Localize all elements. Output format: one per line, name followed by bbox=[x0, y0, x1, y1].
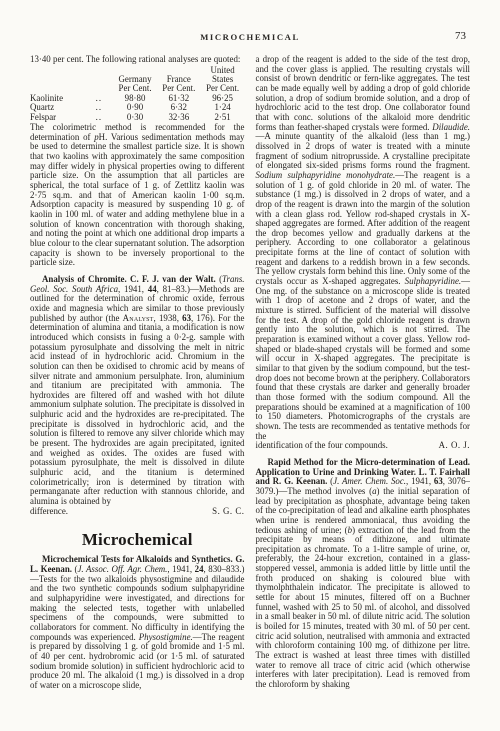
chromite-signature-line: difference. S. G. C. bbox=[30, 507, 245, 517]
table-cell: .. bbox=[96, 113, 114, 122]
colorimetric-method-paragraph: The colorimetric method is recommended f… bbox=[30, 123, 245, 268]
alkaloids-last-words: identification of the four compounds. bbox=[256, 441, 388, 451]
journal-page: MICROCHEMICAL 73 13·40 per cent. The fol… bbox=[0, 0, 500, 731]
lead-microdetermination-abstract: Rapid Method for the Micro-determination… bbox=[256, 458, 471, 690]
table-cell: Felspar bbox=[30, 113, 96, 122]
table-row: Felspar .. 0·30 32·36 2·51 bbox=[30, 113, 245, 122]
two-column-body: 13·40 per cent. The following rational a… bbox=[30, 55, 470, 691]
table-cell: 0·30 bbox=[113, 113, 157, 122]
alkaloids-abstract: Microchemical Tests for Alkaloids and Sy… bbox=[30, 555, 245, 690]
left-column: 13·40 per cent. The following rational a… bbox=[30, 55, 245, 691]
reviewer-initials: S. G. C. bbox=[212, 507, 244, 517]
rational-analyses-table: United Germany France States Per Cent. P… bbox=[30, 66, 245, 122]
chromite-last-words: difference. bbox=[30, 507, 68, 517]
chromite-abstract: Analysis of Chromite. C. F. J. van der W… bbox=[30, 275, 245, 507]
right-column: a drop of the reagent is added to the si… bbox=[256, 55, 471, 691]
table-cell: 32·36 bbox=[157, 113, 201, 122]
table-cell bbox=[30, 66, 96, 75]
kaolin-continuation-paragraph: 13·40 per cent. The following rational a… bbox=[30, 55, 245, 65]
alkaloids-abstract-continuation: a drop of the reagent is added to the si… bbox=[256, 55, 471, 441]
running-head-title: MICROCHEMICAL bbox=[30, 32, 470, 42]
table-cell bbox=[30, 75, 96, 84]
table-cell bbox=[96, 66, 114, 75]
table-cell: 2·51 bbox=[201, 113, 245, 122]
table-cell bbox=[96, 75, 114, 84]
microchemical-section-title: Microchemical bbox=[30, 531, 245, 549]
reviewer-initials: A. O. J. bbox=[439, 441, 470, 451]
running-head: MICROCHEMICAL 73 bbox=[30, 32, 470, 46]
page-number: 73 bbox=[455, 30, 466, 42]
alkaloids-signature-line: identification of the four compounds. A.… bbox=[256, 441, 471, 451]
